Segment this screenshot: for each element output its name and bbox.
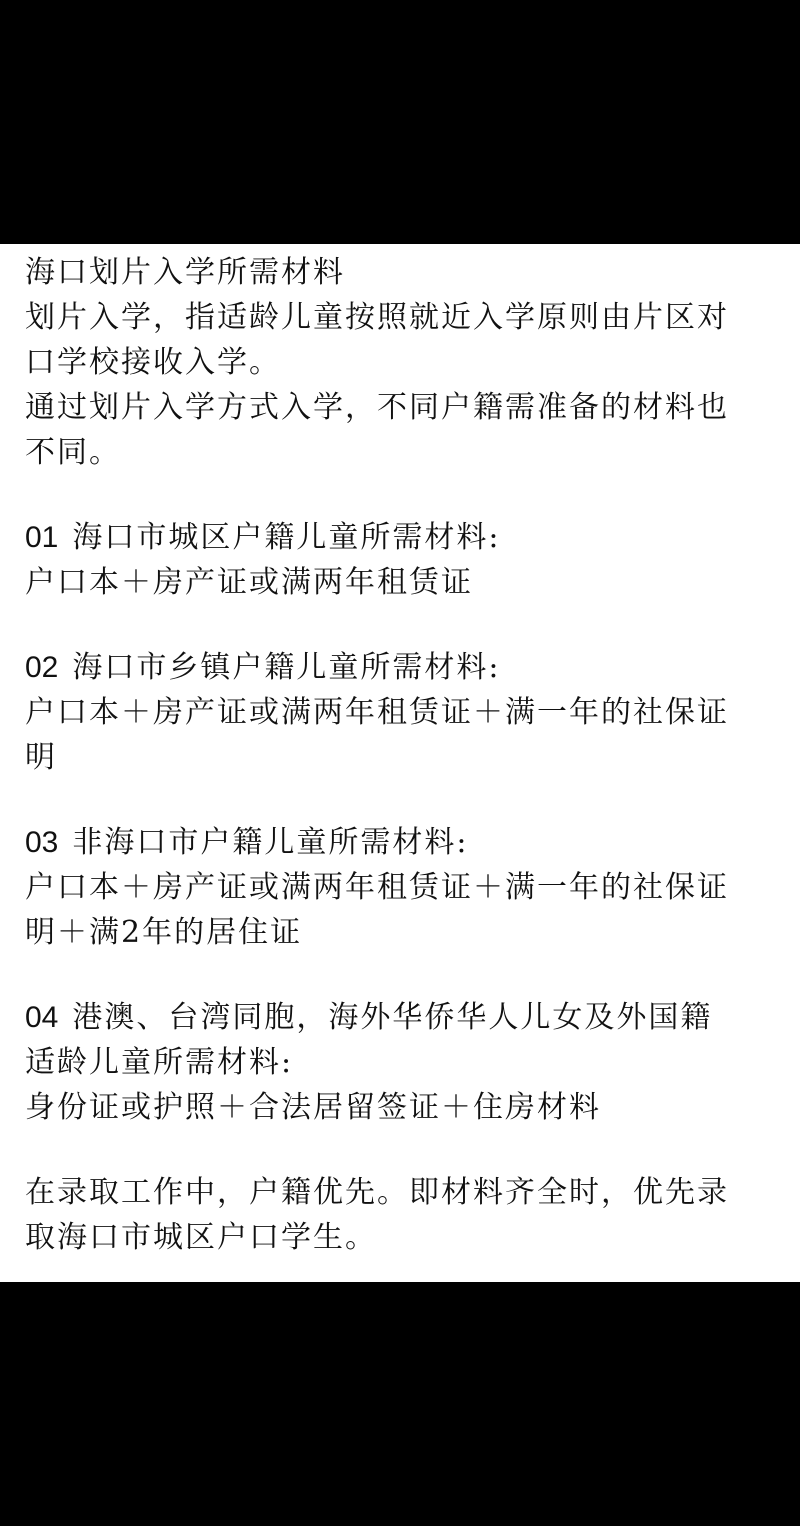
spacer — [25, 1130, 785, 1170]
section-heading-text: 海口市乡镇户籍儿童所需材料: — [72, 650, 500, 685]
spacer — [25, 780, 785, 820]
intro-line: 不同。 — [25, 430, 785, 475]
section-number: 02 — [25, 651, 58, 684]
section-body-line: 明 — [25, 735, 785, 780]
section-01: 01海口市城区户籍儿童所需材料: 户口本＋房产证或满两年租赁证 — [25, 515, 785, 605]
intro-line: 通过划片入学方式入学，不同户籍需准备的材料也 — [25, 385, 785, 430]
section-number: 01 — [25, 521, 58, 554]
spacer — [25, 605, 785, 645]
conclusion: 在录取工作中，户籍优先。即材料齐全时，优先录 取海口市城区户口学生。 — [25, 1170, 785, 1260]
section-heading-text: 港澳、台湾同胞，海外华侨华人儿女及外国籍 — [72, 1000, 712, 1035]
section-body-line: 户口本＋房产证或满两年租赁证 — [25, 560, 785, 605]
section-number: 04 — [25, 1001, 58, 1034]
spacer — [25, 475, 785, 515]
document-content: 海口划片入学所需材料 划片入学，指适龄儿童按照就近入学原则由片区对 口学校接收入… — [25, 250, 785, 1260]
section-heading: 01海口市城区户籍儿童所需材料: — [25, 515, 785, 560]
section-body-line: 明＋满2年的居住证 — [25, 910, 785, 955]
section-body-line: 户口本＋房产证或满两年租赁证＋满一年的社保证 — [25, 865, 785, 910]
conclusion-line: 在录取工作中，户籍优先。即材料齐全时，优先录 — [25, 1170, 785, 1215]
document-page: 海口划片入学所需材料 划片入学，指适龄儿童按照就近入学原则由片区对 口学校接收入… — [0, 244, 800, 1282]
section-03: 03非海口市户籍儿童所需材料: 户口本＋房产证或满两年租赁证＋满一年的社保证 明… — [25, 820, 785, 955]
section-body-line: 身份证或护照＋合法居留签证＋住房材料 — [25, 1085, 785, 1130]
section-heading: 04港澳、台湾同胞，海外华侨华人儿女及外国籍 — [25, 995, 785, 1040]
spacer — [25, 955, 785, 995]
section-body-line: 户口本＋房产证或满两年租赁证＋满一年的社保证 — [25, 690, 785, 735]
section-heading-text: 非海口市户籍儿童所需材料: — [72, 825, 468, 860]
section-heading-continued: 适龄儿童所需材料: — [25, 1040, 785, 1085]
section-number: 03 — [25, 826, 58, 859]
top-black-band — [0, 0, 800, 244]
section-04: 04港澳、台湾同胞，海外华侨华人儿女及外国籍 适龄儿童所需材料: 身份证或护照＋… — [25, 995, 785, 1130]
intro-line: 口学校接收入学。 — [25, 340, 785, 385]
section-heading-text: 海口市城区户籍儿童所需材料: — [72, 520, 500, 555]
section-heading: 03非海口市户籍儿童所需材料: — [25, 820, 785, 865]
conclusion-line: 取海口市城区户口学生。 — [25, 1215, 785, 1260]
section-02: 02海口市乡镇户籍儿童所需材料: 户口本＋房产证或满两年租赁证＋满一年的社保证 … — [25, 645, 785, 780]
section-heading: 02海口市乡镇户籍儿童所需材料: — [25, 645, 785, 690]
intro-line: 划片入学，指适龄儿童按照就近入学原则由片区对 — [25, 295, 785, 340]
bottom-black-band — [0, 1282, 800, 1526]
document-title: 海口划片入学所需材料 — [25, 250, 785, 295]
